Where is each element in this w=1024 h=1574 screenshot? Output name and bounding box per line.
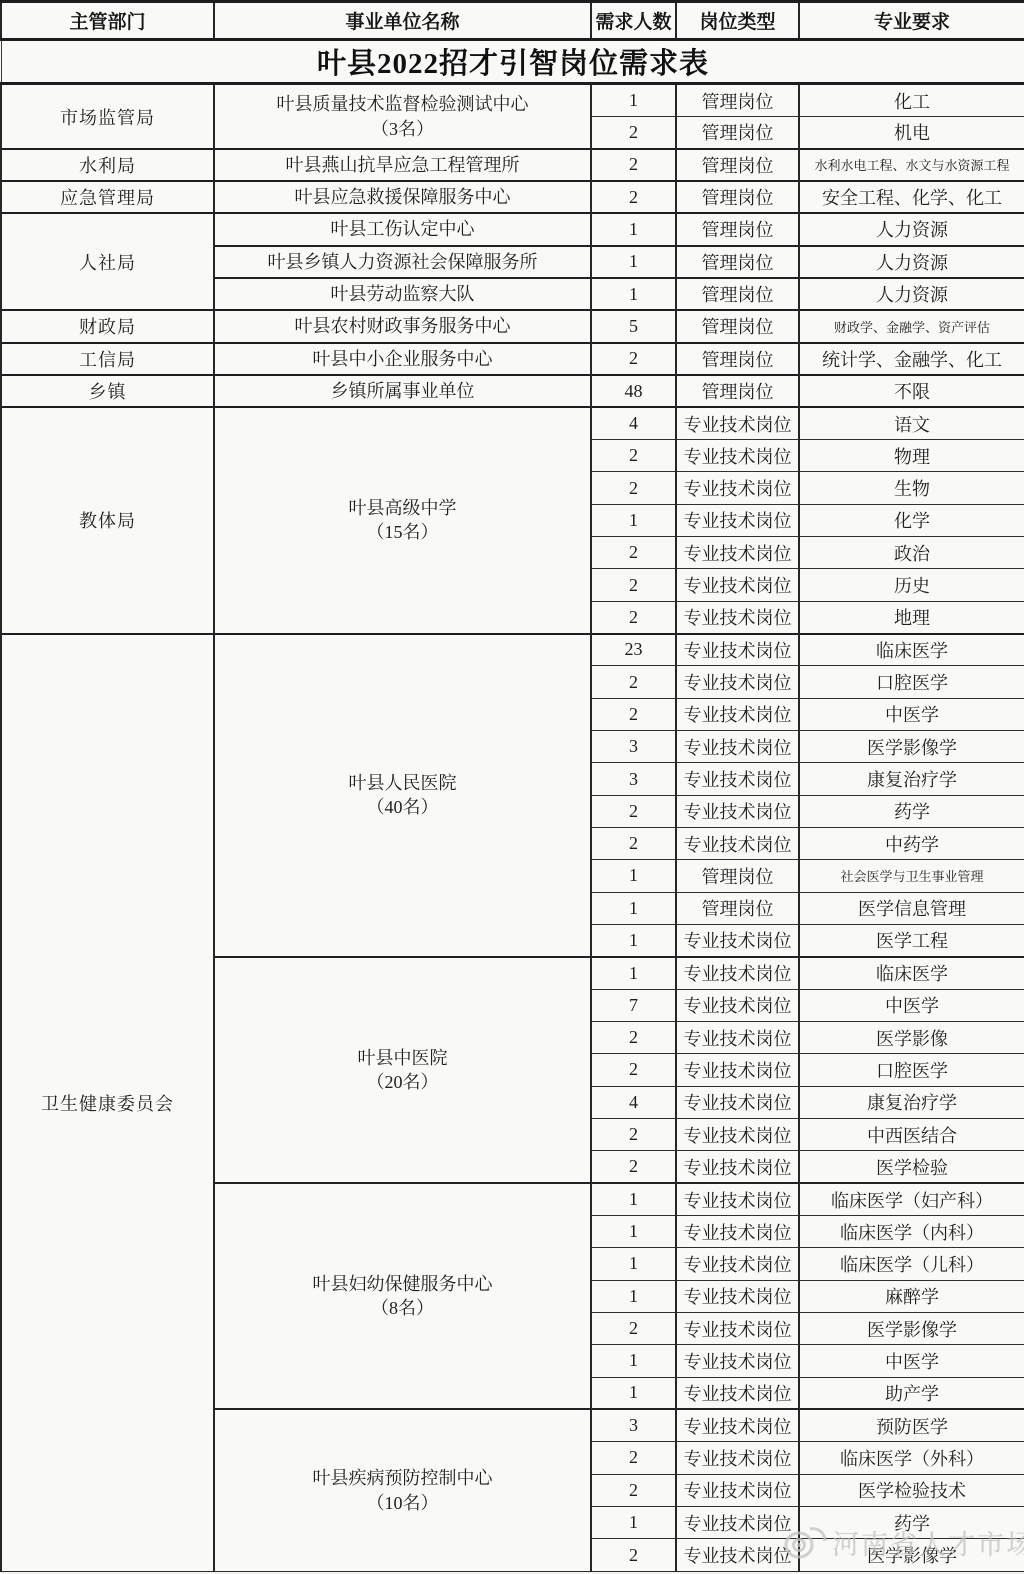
major-requirement-cell: 机电 (799, 116, 1024, 148)
unit-count-note: （40名） (217, 795, 588, 819)
unit-name: 叶县应急救援保障服务中心 (217, 185, 588, 209)
unit-name: 叶县疾病预防控制中心 (217, 1466, 588, 1490)
position-type-cell: 专业技术岗位 (676, 731, 799, 763)
unit-name: 叶县农村财政事务服务中心 (217, 314, 588, 338)
position-type-cell: 专业技术岗位 (676, 1280, 799, 1312)
position-type-cell: 专业技术岗位 (676, 601, 799, 633)
count-cell: 1 (591, 1215, 676, 1247)
unit-cell: 叶县中小企业服务中心 (214, 343, 591, 375)
major-requirement-cell: 临床医学（妇产科） (799, 1183, 1024, 1215)
count-cell: 2 (591, 181, 676, 213)
position-type-cell: 管理岗位 (676, 246, 799, 278)
count-cell: 2 (591, 1054, 676, 1086)
unit-cell: 叶县燕山抗旱应急工程管理所 (214, 149, 591, 181)
count-cell: 1 (591, 1280, 676, 1312)
major-requirement-cell: 地理 (799, 601, 1024, 633)
department-cell: 市场监管局 (1, 84, 214, 149)
position-type-cell: 管理岗位 (676, 213, 799, 245)
major-requirement-cell: 物理 (799, 440, 1024, 472)
major-requirement-cell: 化学 (799, 504, 1024, 536)
unit-cell: 叶县农村财政事务服务中心 (214, 310, 591, 342)
table-row: 市场监管局叶县质量技术监督检验测试中心（3名）1管理岗位化工 (1, 84, 1024, 116)
major-requirement-cell: 口腔医学 (799, 1054, 1024, 1086)
major-requirement-cell: 临床医学（儿科） (799, 1248, 1024, 1280)
position-type-cell: 专业技术岗位 (676, 1377, 799, 1409)
position-type-cell: 管理岗位 (676, 149, 799, 181)
position-type-cell: 管理岗位 (676, 310, 799, 342)
major-requirement-cell: 医学检验 (799, 1151, 1024, 1183)
major-requirement-cell: 口腔医学 (799, 666, 1024, 698)
department-cell: 人社局 (1, 213, 214, 310)
major-requirement-cell: 语文 (799, 407, 1024, 439)
unit-name: 叶县劳动监察大队 (217, 282, 588, 306)
count-cell: 2 (591, 537, 676, 569)
major-requirement-cell: 医学影像学 (799, 1539, 1024, 1572)
major-requirement-cell: 医学信息管理 (799, 892, 1024, 924)
unit-cell: 叶县乡镇人力资源社会保障服务所 (214, 246, 591, 278)
unit-name: 叶县中医院 (217, 1046, 588, 1070)
count-cell: 7 (591, 989, 676, 1021)
count-cell: 2 (591, 1539, 676, 1572)
count-cell: 1 (591, 504, 676, 536)
major-requirement-cell: 社会医学与卫生事业管理 (799, 860, 1024, 892)
major-requirement-cell: 医学影像 (799, 1021, 1024, 1053)
department-cell: 卫生健康委员会 (1, 634, 214, 1572)
major-requirement-cell: 生物 (799, 472, 1024, 504)
table-row: 财政局叶县农村财政事务服务中心5管理岗位财政学、金融学、资产评估 (1, 310, 1024, 342)
column-header-count: 需求人数 (591, 2, 676, 40)
position-type-cell: 专业技术岗位 (676, 1248, 799, 1280)
position-type-cell: 专业技术岗位 (676, 698, 799, 730)
count-cell: 1 (591, 957, 676, 989)
count-cell: 2 (591, 149, 676, 181)
unit-cell: 叶县劳动监察大队 (214, 278, 591, 310)
major-requirement-cell: 医学影像学 (799, 1312, 1024, 1344)
major-requirement-cell: 医学影像学 (799, 731, 1024, 763)
count-cell: 2 (591, 116, 676, 148)
count-cell: 2 (591, 1312, 676, 1344)
major-requirement-cell: 统计学、金融学、化工 (799, 343, 1024, 375)
department-cell: 乡镇 (1, 375, 214, 407)
position-type-cell: 专业技术岗位 (676, 1118, 799, 1150)
unit-name: 叶县中小企业服务中心 (217, 347, 588, 371)
position-type-cell: 专业技术岗位 (676, 1409, 799, 1441)
column-header-department: 主管部门 (1, 2, 214, 40)
count-cell: 3 (591, 763, 676, 795)
count-cell: 1 (591, 1183, 676, 1215)
department-cell: 教体局 (1, 407, 214, 633)
count-cell: 1 (591, 246, 676, 278)
major-requirement-cell: 助产学 (799, 1377, 1024, 1409)
position-type-cell: 专业技术岗位 (676, 1539, 799, 1572)
table-row: 教体局叶县高级中学（15名）4专业技术岗位语文 (1, 407, 1024, 439)
unit-cell: 叶县疾病预防控制中心（10名） (214, 1409, 591, 1571)
count-cell: 3 (591, 1409, 676, 1441)
position-type-cell: 管理岗位 (676, 375, 799, 407)
position-type-cell: 专业技术岗位 (676, 1183, 799, 1215)
count-cell: 2 (591, 472, 676, 504)
count-cell: 2 (591, 569, 676, 601)
position-type-cell: 专业技术岗位 (676, 472, 799, 504)
column-header-major: 专业要求 (799, 2, 1024, 40)
unit-cell: 叶县质量技术监督检验测试中心（3名） (214, 84, 591, 149)
column-header-unit: 事业单位名称 (214, 2, 591, 40)
major-requirement-cell: 历史 (799, 569, 1024, 601)
major-requirement-cell: 麻醉学 (799, 1280, 1024, 1312)
position-type-cell: 专业技术岗位 (676, 828, 799, 860)
unit-name: 叶县高级中学 (217, 496, 588, 520)
unit-name: 叶县乡镇人力资源社会保障服务所 (217, 250, 588, 274)
position-type-cell: 专业技术岗位 (676, 795, 799, 827)
count-cell: 1 (591, 213, 676, 245)
count-cell: 1 (591, 1248, 676, 1280)
table-row: 水利局叶县燕山抗旱应急工程管理所2管理岗位水利水电工程、水文与水资源工程 (1, 149, 1024, 181)
unit-name: 叶县人民医院 (217, 771, 588, 795)
major-requirement-cell: 医学检验技术 (799, 1474, 1024, 1506)
major-requirement-cell: 人力资源 (799, 246, 1024, 278)
table-row: 工信局叶县中小企业服务中心2管理岗位统计学、金融学、化工 (1, 343, 1024, 375)
major-requirement-cell: 安全工程、化学、化工 (799, 181, 1024, 213)
unit-count-note: （15名） (217, 520, 588, 544)
position-type-cell: 专业技术岗位 (676, 440, 799, 472)
position-type-cell: 专业技术岗位 (676, 924, 799, 956)
position-type-cell: 专业技术岗位 (676, 504, 799, 536)
position-type-cell: 专业技术岗位 (676, 989, 799, 1021)
major-requirement-cell: 中医学 (799, 1345, 1024, 1377)
major-requirement-cell: 不限 (799, 375, 1024, 407)
major-requirement-cell: 中医学 (799, 698, 1024, 730)
major-requirement-cell: 康复治疗学 (799, 1086, 1024, 1118)
count-cell: 1 (591, 924, 676, 956)
count-cell: 1 (591, 278, 676, 310)
table-header: 主管部门 事业单位名称 需求人数 岗位类型 专业要求 (1, 2, 1024, 40)
major-requirement-cell: 药学 (799, 795, 1024, 827)
count-cell: 3 (591, 731, 676, 763)
major-requirement-cell: 中医学 (799, 989, 1024, 1021)
count-cell: 4 (591, 407, 676, 439)
count-cell: 1 (591, 1345, 676, 1377)
count-cell: 1 (591, 1506, 676, 1538)
count-cell: 5 (591, 310, 676, 342)
count-cell: 2 (591, 795, 676, 827)
unit-cell: 叶县中医院（20名） (214, 957, 591, 1183)
major-requirement-cell: 财政学、金融学、资产评估 (799, 310, 1024, 342)
count-cell: 2 (591, 343, 676, 375)
unit-cell: 叶县妇幼保健服务中心（8名） (214, 1183, 591, 1409)
position-type-cell: 专业技术岗位 (676, 1442, 799, 1474)
unit-cell: 叶县应急救援保障服务中心 (214, 181, 591, 213)
major-requirement-cell: 临床医学（外科） (799, 1442, 1024, 1474)
department-cell: 财政局 (1, 310, 214, 342)
position-type-cell: 专业技术岗位 (676, 634, 799, 666)
major-requirement-cell: 康复治疗学 (799, 763, 1024, 795)
table-row: 人社局叶县工伤认定中心1管理岗位人力资源 (1, 213, 1024, 245)
position-type-cell: 管理岗位 (676, 892, 799, 924)
count-cell: 2 (591, 1118, 676, 1150)
position-type-cell: 专业技术岗位 (676, 1474, 799, 1506)
position-type-cell: 专业技术岗位 (676, 1215, 799, 1247)
unit-count-note: （20名） (217, 1070, 588, 1094)
count-cell: 1 (591, 860, 676, 892)
count-cell: 2 (591, 698, 676, 730)
position-type-cell: 专业技术岗位 (676, 407, 799, 439)
position-type-cell: 专业技术岗位 (676, 666, 799, 698)
position-type-cell: 管理岗位 (676, 181, 799, 213)
count-cell: 2 (591, 601, 676, 633)
position-type-cell: 专业技术岗位 (676, 1345, 799, 1377)
table-title-section: 叶县2022招才引智岗位需求表 (1, 40, 1024, 84)
column-header-type: 岗位类型 (676, 2, 799, 40)
unit-name: 叶县质量技术监督检验测试中心 (217, 92, 588, 116)
recruitment-table: 叶县2022招才引智岗位需求表 主管部门 事业单位名称 需求人数 岗位类型 专业… (0, 0, 1024, 1572)
position-type-cell: 管理岗位 (676, 278, 799, 310)
count-cell: 1 (591, 84, 676, 116)
unit-count-note: （10名） (217, 1491, 588, 1515)
position-type-cell: 管理岗位 (676, 116, 799, 148)
position-type-cell: 专业技术岗位 (676, 957, 799, 989)
unit-cell: 叶县工伤认定中心 (214, 213, 591, 245)
unit-name: 乡镇所属事业单位 (217, 379, 588, 403)
table-row: 乡镇乡镇所属事业单位48管理岗位不限 (1, 375, 1024, 407)
position-type-cell: 专业技术岗位 (676, 1506, 799, 1538)
page-title: 叶县2022招才引智岗位需求表 (1, 40, 1024, 84)
major-requirement-cell: 中药学 (799, 828, 1024, 860)
unit-name: 叶县燕山抗旱应急工程管理所 (217, 153, 588, 177)
count-cell: 2 (591, 1474, 676, 1506)
major-requirement-cell: 临床医学 (799, 957, 1024, 989)
count-cell: 2 (591, 828, 676, 860)
unit-cell: 叶县高级中学（15名） (214, 407, 591, 633)
count-cell: 48 (591, 375, 676, 407)
table-row: 应急管理局叶县应急救援保障服务中心2管理岗位安全工程、化学、化工 (1, 181, 1024, 213)
major-requirement-cell: 临床医学（内科） (799, 1215, 1024, 1247)
unit-count-note: （3名） (217, 117, 588, 141)
count-cell: 1 (591, 1377, 676, 1409)
count-cell: 4 (591, 1086, 676, 1118)
unit-cell: 乡镇所属事业单位 (214, 375, 591, 407)
major-requirement-cell: 中西医结合 (799, 1118, 1024, 1150)
position-type-cell: 专业技术岗位 (676, 537, 799, 569)
department-cell: 水利局 (1, 149, 214, 181)
major-requirement-cell: 政治 (799, 537, 1024, 569)
count-cell: 2 (591, 440, 676, 472)
table-body: 市场监管局叶县质量技术监督检验测试中心（3名）1管理岗位化工2管理岗位机电水利局… (1, 84, 1024, 1572)
major-requirement-cell: 预防医学 (799, 1409, 1024, 1441)
count-cell: 2 (591, 1021, 676, 1053)
unit-name: 叶县妇幼保健服务中心 (217, 1272, 588, 1296)
table-row: 卫生健康委员会叶县人民医院（40名）23专业技术岗位临床医学 (1, 634, 1024, 666)
major-requirement-cell: 人力资源 (799, 278, 1024, 310)
department-cell: 应急管理局 (1, 181, 214, 213)
count-cell: 2 (591, 666, 676, 698)
header-row: 主管部门 事业单位名称 需求人数 岗位类型 专业要求 (1, 2, 1024, 40)
position-type-cell: 专业技术岗位 (676, 763, 799, 795)
position-type-cell: 专业技术岗位 (676, 1151, 799, 1183)
major-requirement-cell: 水利水电工程、水文与水资源工程 (799, 149, 1024, 181)
position-type-cell: 专业技术岗位 (676, 1021, 799, 1053)
count-cell: 1 (591, 892, 676, 924)
position-type-cell: 专业技术岗位 (676, 1054, 799, 1086)
major-requirement-cell: 人力资源 (799, 213, 1024, 245)
major-requirement-cell: 药学 (799, 1506, 1024, 1538)
position-type-cell: 专业技术岗位 (676, 1312, 799, 1344)
position-type-cell: 专业技术岗位 (676, 569, 799, 601)
count-cell: 2 (591, 1442, 676, 1474)
major-requirement-cell: 临床医学 (799, 634, 1024, 666)
major-requirement-cell: 化工 (799, 84, 1024, 116)
position-type-cell: 专业技术岗位 (676, 1086, 799, 1118)
count-cell: 23 (591, 634, 676, 666)
unit-cell: 叶县人民医院（40名） (214, 634, 591, 957)
position-type-cell: 管理岗位 (676, 343, 799, 375)
unit-name: 叶县工伤认定中心 (217, 217, 588, 241)
position-type-cell: 管理岗位 (676, 860, 799, 892)
department-cell: 工信局 (1, 343, 214, 375)
count-cell: 2 (591, 1151, 676, 1183)
major-requirement-cell: 医学工程 (799, 924, 1024, 956)
title-row: 叶县2022招才引智岗位需求表 (1, 40, 1024, 84)
unit-count-note: （8名） (217, 1296, 588, 1320)
position-type-cell: 管理岗位 (676, 84, 799, 116)
